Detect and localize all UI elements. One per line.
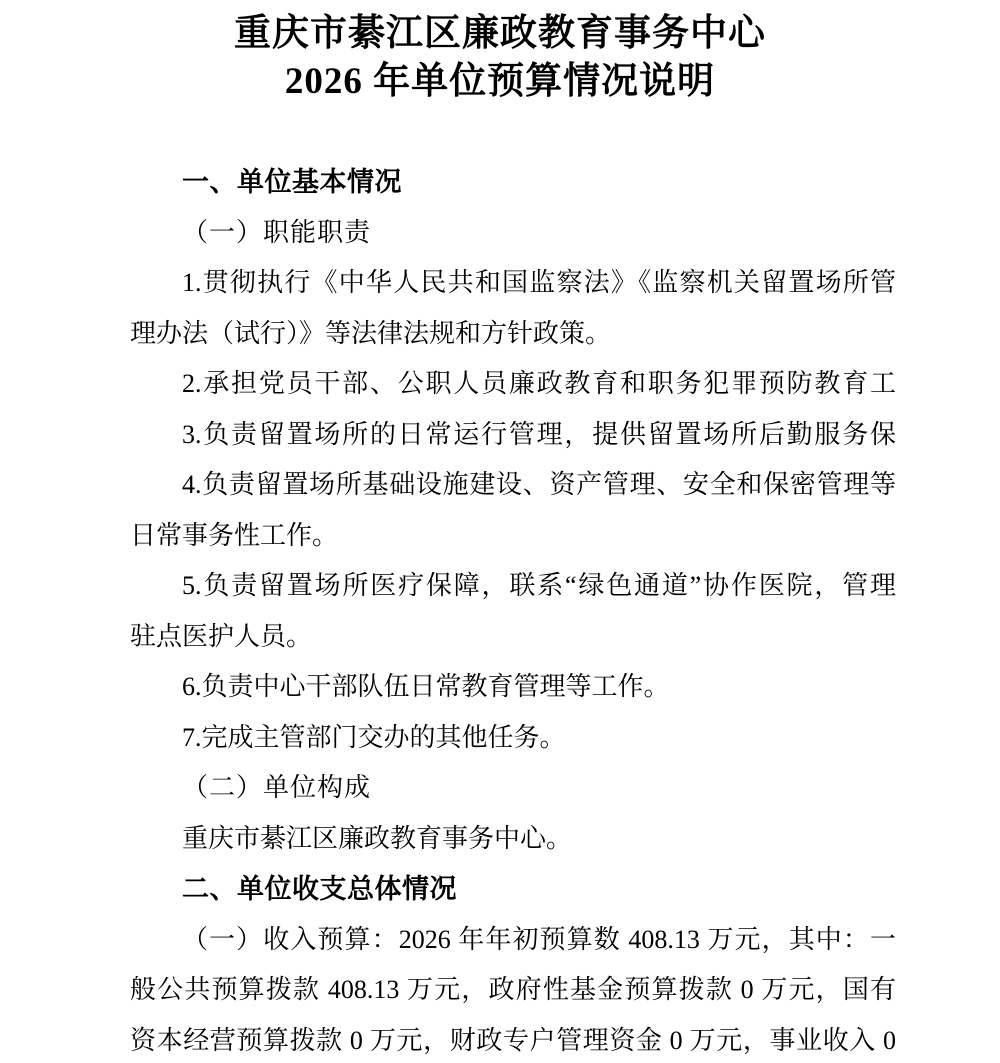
text-line: 7.完成主管部门交办的其他任务。 [130,713,896,764]
text-line: 重庆市綦江区廉政教育事务中心。 [130,814,896,865]
text-line: 2.承担党员干部、公职人员廉政教育和职务犯罪预防教育工作。 [130,359,896,410]
text-line: （一）收入预算：2026 年年初预算数 408.13 万元，其中：一 [130,915,896,966]
text-line: 驻点医护人员。 [130,612,896,663]
text-line: 一、单位基本情况 [130,157,896,208]
text-line: 资本经营预算拨款 0 万元，财政专户管理资金 0 万元，事业收入 0 [130,1016,896,1063]
text-line: （二）单位构成 [130,763,896,814]
text-line: （一）职能职责 [130,208,896,259]
text-line: 3.负责留置场所的日常运行管理，提供留置场所后勤服务保障。 [130,410,896,461]
text-line: 日常事务性工作。 [130,511,896,562]
document-lines: 一、单位基本情况（一）职能职责1.贯彻执行《中华人民共和国监察法》《监察机关留置… [130,157,896,1063]
text-line: 二、单位收支总体情况 [130,864,896,915]
text-line: 1.贯彻执行《中华人民共和国监察法》《监察机关留置场所管 [130,258,896,309]
text-line: 理办法（试行）》等法律法规和方针政策。 [130,309,896,360]
text-line: 5.负责留置场所医疗保障，联系“绿色通道”协作医院，管理 [130,561,896,612]
text-line: 般公共预算拨款 408.13 万元，政府性基金预算拨款 0 万元，国有 [130,965,896,1016]
document-title: 重庆市綦江区廉政教育事务中心 2026 年单位预算情况说明 [0,0,1000,106]
document-page: 重庆市綦江区廉政教育事务中心 2026 年单位预算情况说明 一、单位基本情况（一… [0,0,1000,1063]
text-line: 4.负责留置场所基础设施建设、资产管理、安全和保密管理等 [130,460,896,511]
document-body: 一、单位基本情况（一）职能职责1.贯彻执行《中华人民共和国监察法》《监察机关留置… [0,157,1000,1063]
text-line: 6.负责中心干部队伍日常教育管理等工作。 [130,662,896,713]
document-title-line2: 2026 年单位预算情况说明 [0,58,1000,106]
document-title-line1: 重庆市綦江区廉政教育事务中心 [0,10,1000,58]
